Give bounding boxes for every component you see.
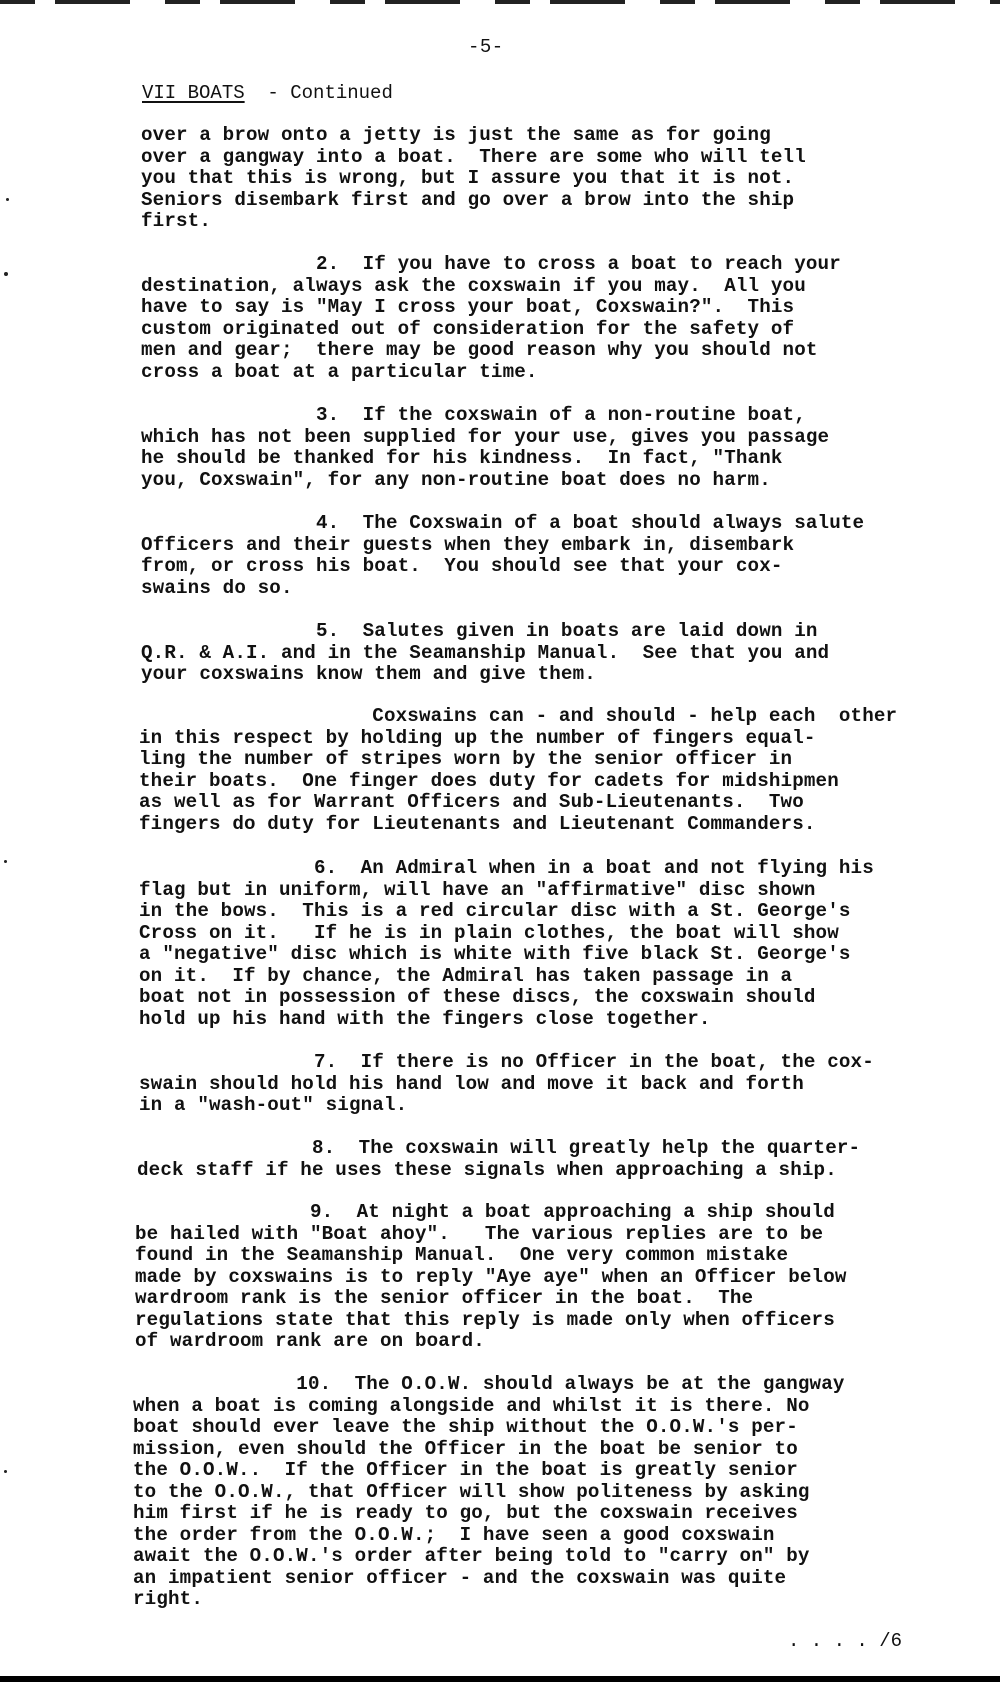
paragraph-7: 7. If there is no Officer in the boat, t…	[139, 1052, 874, 1117]
paragraph-10: 10. The O.O.W. should always be at the g…	[133, 1374, 845, 1611]
paragraph-6: 6. An Admiral when in a boat and not fly…	[139, 858, 874, 1030]
paragraph-5: 5. Salutes given in boats are laid down …	[141, 621, 829, 686]
page-number: -5-	[468, 36, 504, 58]
paragraph-3: 3. If the coxswain of a non-routine boat…	[141, 405, 829, 491]
scan-bottom-edge	[0, 1676, 1000, 1682]
paragraph-9: 9. At night a boat approaching a ship sh…	[135, 1202, 847, 1353]
section-title: VII BOATS	[142, 82, 245, 104]
paragraph-8: 8. The coxswain will greatly help the qu…	[137, 1138, 860, 1181]
margin-speck	[4, 1470, 7, 1473]
paragraph-2: 2. If you have to cross a boat to reach …	[141, 254, 841, 383]
margin-speck	[4, 860, 7, 863]
paragraph-4: 4. The Coxswain of a boat should always …	[141, 513, 864, 599]
margin-speck	[4, 272, 8, 276]
continuation-paragraph: over a brow onto a jetty is just the sam…	[141, 125, 806, 233]
scan-top-edge	[0, 0, 1000, 4]
section-suffix: - Continued	[245, 82, 393, 104]
section-heading: VII BOATS - Continued	[142, 82, 393, 104]
margin-speck	[6, 198, 9, 201]
continued-on-page-marker: . . . . /6	[788, 1630, 902, 1652]
paragraph-5-continued: Coxswains can - and should - help each o…	[139, 706, 897, 835]
